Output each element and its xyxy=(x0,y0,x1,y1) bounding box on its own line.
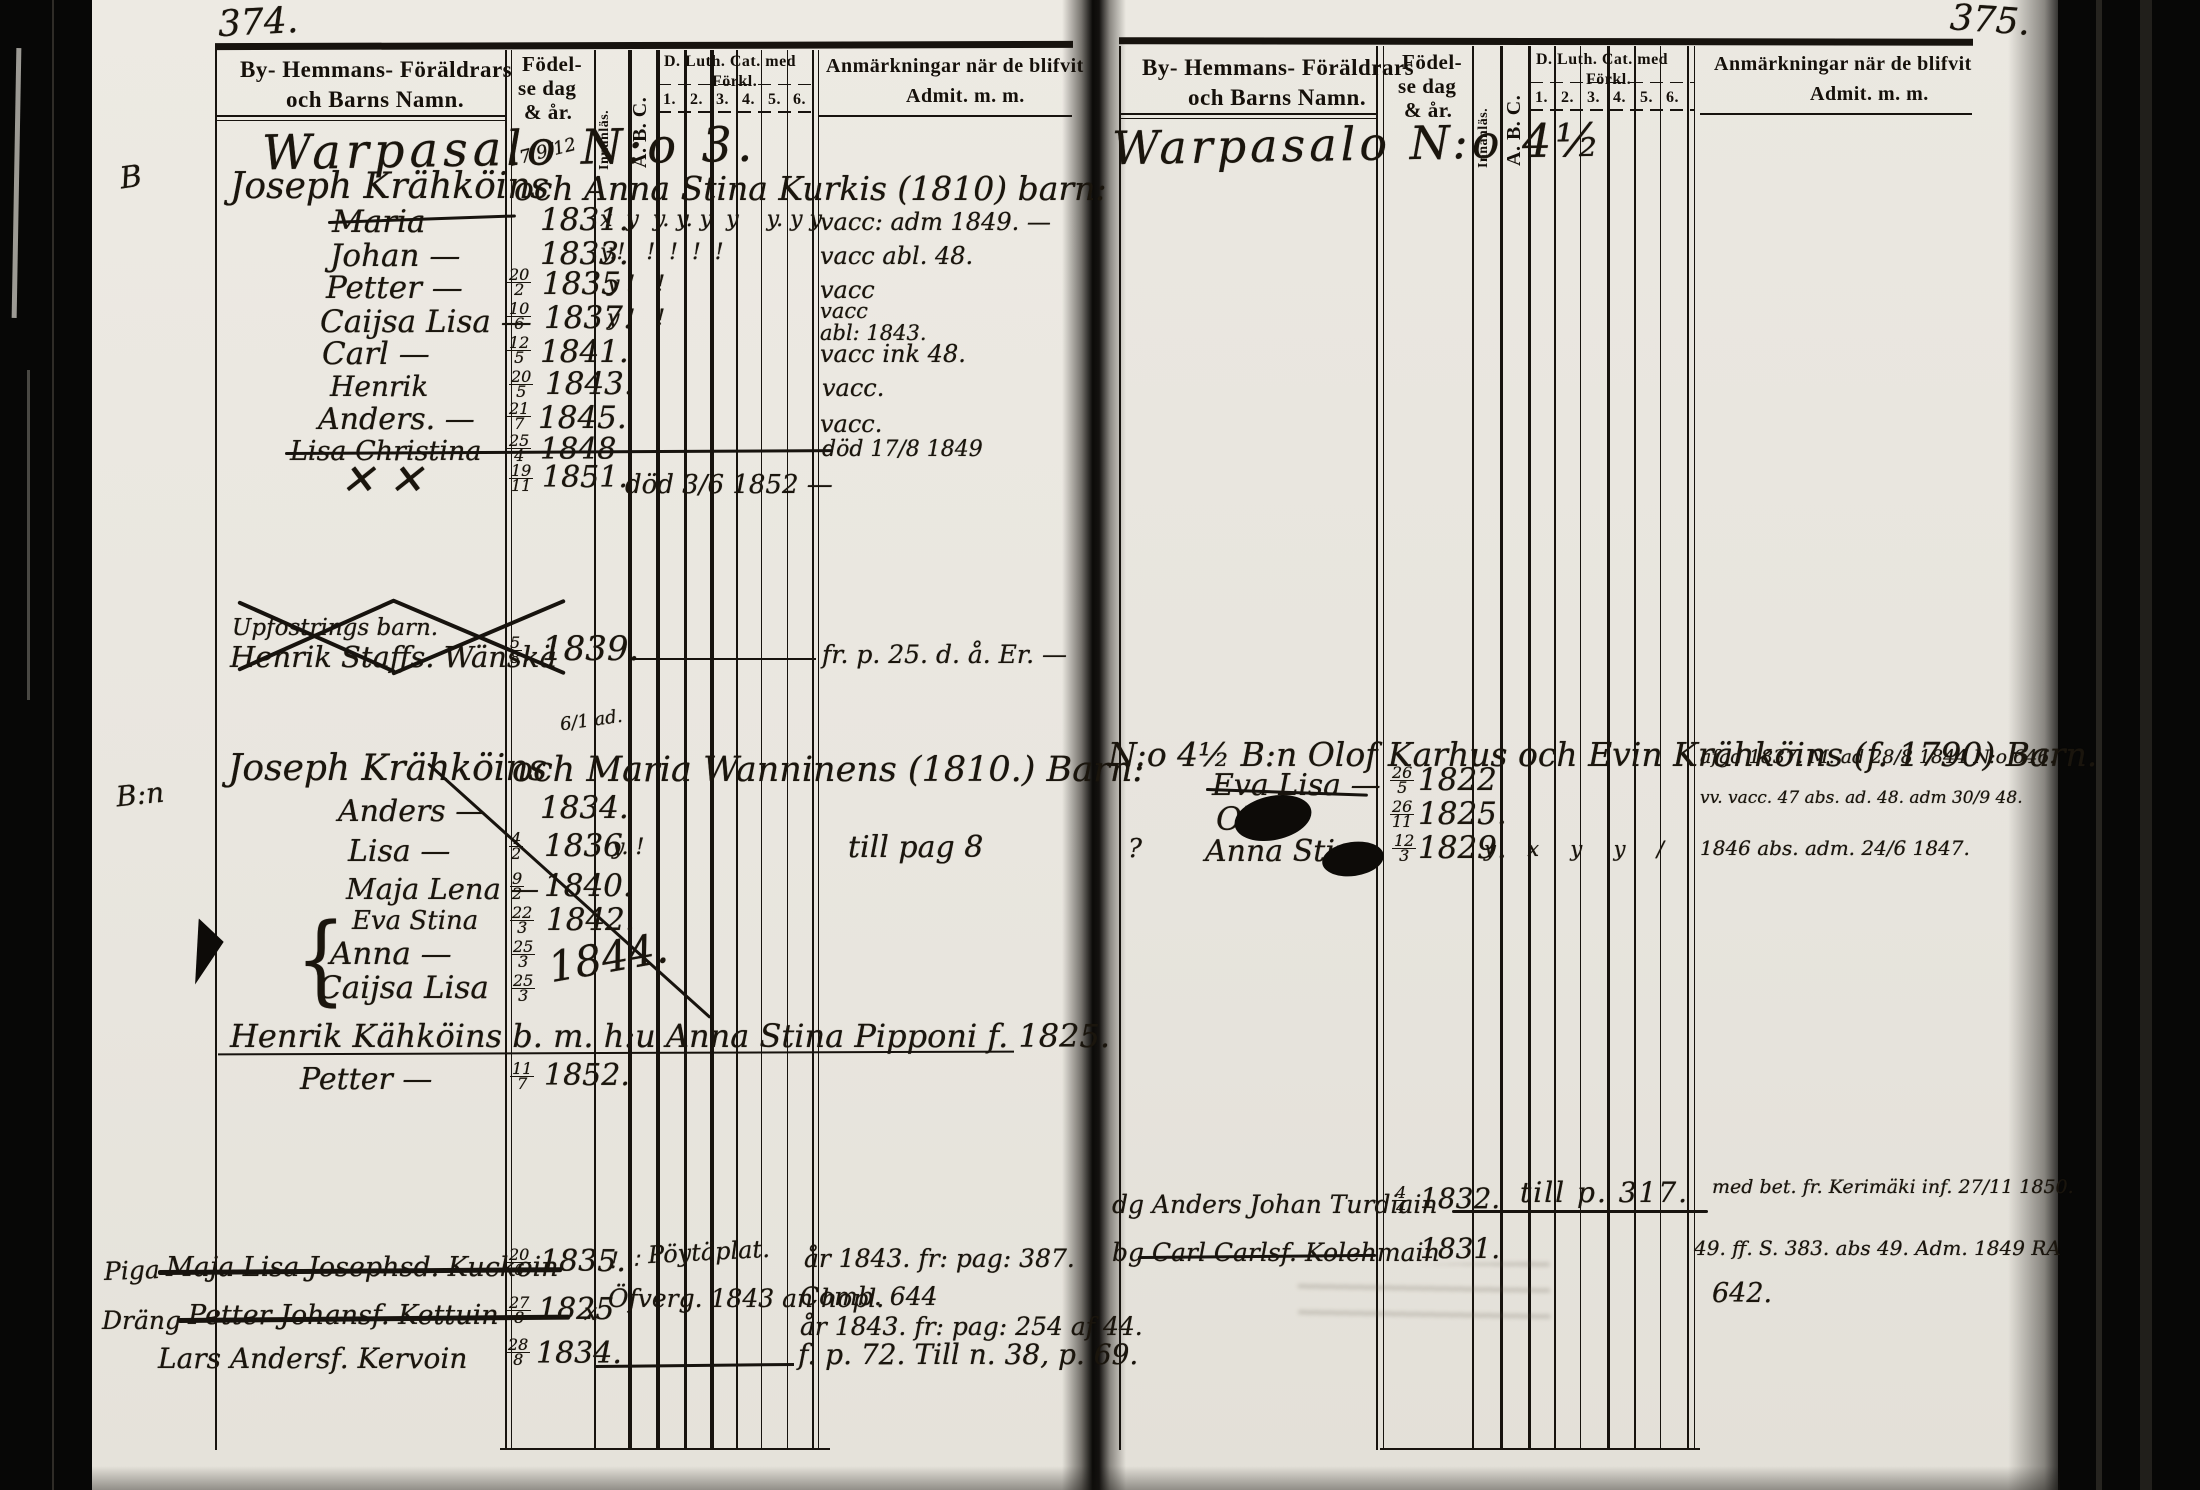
catechism-col-number: 5. xyxy=(1640,90,1653,107)
catechism-marks: y ! ! xyxy=(600,307,665,330)
child-name: Anders — xyxy=(338,796,485,828)
catechism-col-number: 5. xyxy=(768,92,781,109)
frac-bottom: 7 xyxy=(507,417,531,431)
page-number: 374. xyxy=(217,2,299,44)
catechism-marks: x y y. y. y y y. y y xyxy=(600,208,822,231)
frac-bottom: 2 xyxy=(507,283,531,297)
frac-bottom: 5 xyxy=(509,385,533,399)
bleed-through-ghost-text xyxy=(1298,1262,1551,1324)
frac-bottom: 3 xyxy=(1392,849,1416,863)
catechism-col-number: 2. xyxy=(1561,90,1574,107)
child-name: Anna — xyxy=(330,938,452,971)
child-birth-day: 217 xyxy=(507,402,531,431)
remark: vacc ink 48. xyxy=(820,342,966,367)
catechism-marks: y. ! xyxy=(612,836,644,859)
child-birth-day: 106 xyxy=(507,302,531,331)
column-header-remarks: Admit. m. m. xyxy=(906,86,1025,107)
child-name: Lisa — xyxy=(348,836,450,868)
child-name: Henrik xyxy=(330,372,428,401)
catechism-col-number: 4. xyxy=(742,92,755,109)
column-header-birth: Födel- xyxy=(522,54,582,76)
remark: död 17/8 1849 xyxy=(822,438,983,461)
column-header-remarks: Admit. m. m. xyxy=(1810,84,1929,105)
frac-bottom: 2 xyxy=(509,847,523,861)
margin-mark: ? xyxy=(1128,836,1142,863)
child-name: Petter — xyxy=(300,1064,432,1096)
catechism-col-number: 2. xyxy=(690,92,703,109)
frac-bottom: 4 xyxy=(1394,1201,1408,1215)
frac-bottom: 5 xyxy=(507,351,531,365)
child-birth-year: 1841. xyxy=(540,336,629,369)
remark: vacc. xyxy=(822,376,884,401)
catechism-col-number: 4. xyxy=(1613,90,1626,107)
margin-title: Dräng xyxy=(102,1308,181,1334)
remark: vacc. xyxy=(820,412,882,437)
child-birth-year: 1852. xyxy=(544,1060,630,1092)
child-birth-day: 254 xyxy=(507,434,531,463)
row-line xyxy=(632,658,816,660)
header-underline xyxy=(1530,109,1694,111)
column-header-catechism: Förkl. xyxy=(1586,72,1631,89)
header-underline xyxy=(215,115,507,117)
child-birth-year: 1839. xyxy=(542,632,639,668)
scan-streak xyxy=(27,370,30,700)
child-birth-day: 202 xyxy=(507,268,531,297)
catechism-col-number: 1. xyxy=(663,92,676,109)
margin-mark: B xyxy=(118,161,144,195)
child-name: Carl — xyxy=(322,338,430,371)
header-underline xyxy=(818,115,1072,117)
child-birth-day: 265 xyxy=(1390,766,1414,795)
child-birth-year: 1851. xyxy=(542,462,628,494)
column-header-catechism: D. Luth. Cat. med xyxy=(664,54,796,71)
child-birth-year: 1840. xyxy=(544,870,633,903)
remark: vacc: adm 1849. — xyxy=(820,210,1051,235)
column-header-names: By- Hemmans- Föräldrars xyxy=(240,58,512,82)
catechism-col-number: 3. xyxy=(716,92,729,109)
frac-bottom: 6 xyxy=(507,317,531,331)
remark: fr. p. 25. d. å. Er. — xyxy=(822,642,1067,668)
catechism-note: till p. 317. xyxy=(1520,1178,1689,1207)
child-birth-year: 1843. xyxy=(545,368,634,401)
catechism-col-number: 1. xyxy=(1535,90,1548,107)
frac-bottom: 8 xyxy=(507,1311,531,1325)
column-header-remarks: Anmärkningar när de blifvit xyxy=(1714,54,1972,75)
catechism-marks: y.! ! ! ! ! xyxy=(600,241,724,264)
person-name: bg Carl Carlsf. Kolehmain xyxy=(1112,1240,1440,1266)
remark: afgd 1837. M. ad 28/8 1844 N:o 646. xyxy=(1700,748,2055,768)
remark: 1846 abs. adm. 24/6 1847. xyxy=(1700,838,1970,859)
child-birth-day: 117 xyxy=(510,1062,534,1091)
frac-bottom: 3 xyxy=(510,921,534,935)
child-name: Johan — xyxy=(330,240,460,273)
catechism-marks: x xyxy=(584,1300,598,1325)
frac-bottom: 11 xyxy=(1390,815,1414,829)
frac-bottom: 5 xyxy=(1390,781,1414,795)
margin-title: Piga xyxy=(104,1257,161,1285)
frac-bottom: 3 xyxy=(511,955,535,969)
scan-streak xyxy=(52,0,54,1490)
child-birth-day: 92 xyxy=(510,872,524,901)
column-header-names: By- Hemmans- Föräldrars xyxy=(1142,56,1414,80)
remark: till pag 8 xyxy=(848,832,983,864)
child-birth-day: 253 xyxy=(511,940,535,969)
child-birth-day: 2611 xyxy=(1390,800,1414,829)
catechism-col-number: 6. xyxy=(1666,90,1679,107)
child-birth-day: 42 xyxy=(509,832,523,861)
child-birth-year: 1845. xyxy=(538,402,627,435)
birth-year: 1825 xyxy=(538,1294,614,1326)
column-header-names: och Barns Namn. xyxy=(286,88,464,112)
column-header-birth: Födel- xyxy=(1402,52,1462,74)
header-underline xyxy=(658,111,818,113)
table-rule-bottom xyxy=(1380,1448,1700,1450)
column-header-names: och Barns Namn. xyxy=(1188,86,1366,110)
header-underline xyxy=(1700,113,1972,115)
catechism-col-number: 6. xyxy=(793,92,806,109)
table-rule-top xyxy=(1119,37,1973,45)
catechism-col-number: 3. xyxy=(1587,90,1600,107)
person-name: dg Anders Johan Turdiain xyxy=(1112,1192,1438,1218)
frac-bottom: 2 xyxy=(510,887,524,901)
child-birth-day: 253 xyxy=(511,974,535,1003)
table-rule-bottom xyxy=(500,1448,830,1450)
header-underline xyxy=(1119,113,1377,115)
frac-bottom: 11 xyxy=(509,479,533,493)
family-head-name: Joseph Krähköins xyxy=(228,750,547,788)
remark: vacc abl. 48. xyxy=(820,244,973,269)
scan-streak xyxy=(2140,0,2152,1490)
catechism-marks: y x y y / xyxy=(1484,838,1670,860)
birth-day: 288 xyxy=(506,1338,530,1367)
remark: Comb. 644 xyxy=(800,1284,938,1310)
family-head-continuation: och Maria Wanninens (1810.) Barn: xyxy=(512,752,1144,789)
crossed-out-scribble: ✕ ✕ xyxy=(340,458,424,502)
birth-day: 206 xyxy=(507,1248,531,1277)
column-header-remarks: Anmärkningar när de blifvit xyxy=(826,56,1084,77)
frac-bottom: 3 xyxy=(511,989,535,1003)
catechism-note: Pöytäplat. xyxy=(647,1237,770,1269)
child-name: Anders. — xyxy=(318,404,475,436)
strikethrough xyxy=(1452,1210,1708,1213)
catechism-marks: ! ∶ xyxy=(610,1250,639,1273)
child-name: Petter — xyxy=(326,272,463,305)
remark: med bet. fr. Kerimäki inf. 27/11 1850. xyxy=(1712,1178,2074,1198)
family-head-line: Henrik Kähköins b. m. h:u Anna Stina Pip… xyxy=(230,1020,1110,1054)
column-header-birth: se dag xyxy=(1398,76,1456,98)
column-header-catechism: Förkl. xyxy=(712,74,757,91)
column-header-birth: se dag xyxy=(518,78,576,100)
margin-mark: B:n xyxy=(115,778,166,812)
paper-bottom-shadow xyxy=(92,1466,2060,1490)
child-name: Caijsa Lisa — xyxy=(320,306,532,339)
child-birth-day: 125 xyxy=(507,336,531,365)
frac-bottom: 8 xyxy=(506,1353,530,1367)
frac-bottom: 6 xyxy=(507,1263,531,1277)
column-header-catechism: D. Luth. Cat. med xyxy=(1536,52,1668,69)
family-head-name: Joseph Krähköins xyxy=(230,168,549,206)
child-name: Eva Stina xyxy=(352,908,478,935)
child-birth-day: 205 xyxy=(509,370,533,399)
child-birth-day: 223 xyxy=(510,906,534,935)
remark: år 1843. fr: pag: 254 af 44. xyxy=(800,1314,1143,1340)
remark: år 1843. fr: pag: 387. xyxy=(804,1246,1075,1272)
remark: vv. vacc. 47 abs. ad. 48. adm 30/9 48. xyxy=(1700,790,2023,808)
remark: 49. ff. S. 383. abs 49. Adm. 1849 RA xyxy=(1694,1238,2061,1259)
page-number: 375. xyxy=(1949,0,2032,43)
scanned-register-spread: 374. By- Hemmans- Föräldrars och Barns N… xyxy=(0,0,2200,1490)
remark: f. p. 72. Till n. 38, p. 69. xyxy=(798,1340,1138,1369)
child-birth-year: 1822 xyxy=(1418,764,1497,797)
birth-year: 1832. xyxy=(1420,1184,1500,1213)
table-rule xyxy=(215,50,217,1450)
catechism-marks: y ! ! xyxy=(600,273,665,296)
remark: vacc abl: 1843. xyxy=(820,300,927,344)
birth-year: 1831. xyxy=(1420,1234,1500,1263)
person-name: Lars Andersf. Kervoin xyxy=(158,1344,467,1373)
birth-day: 44 xyxy=(1394,1186,1408,1215)
frac-bottom: 7 xyxy=(510,1077,534,1091)
child-birth-day: 1911 xyxy=(509,464,533,493)
child-birth-year: 1825. xyxy=(1418,798,1507,831)
remark: 642. xyxy=(1712,1280,1772,1308)
village-heading: Warpasalo N:o 4½ xyxy=(1112,116,1605,173)
child-birth-day: 123 xyxy=(1392,834,1416,863)
death-note: död 3/6 1852 — xyxy=(625,472,833,499)
child-name: Caijsa Lisa xyxy=(318,972,489,1005)
birth-day: 278 xyxy=(507,1296,531,1325)
child-birth-year: 1834. xyxy=(540,792,629,825)
